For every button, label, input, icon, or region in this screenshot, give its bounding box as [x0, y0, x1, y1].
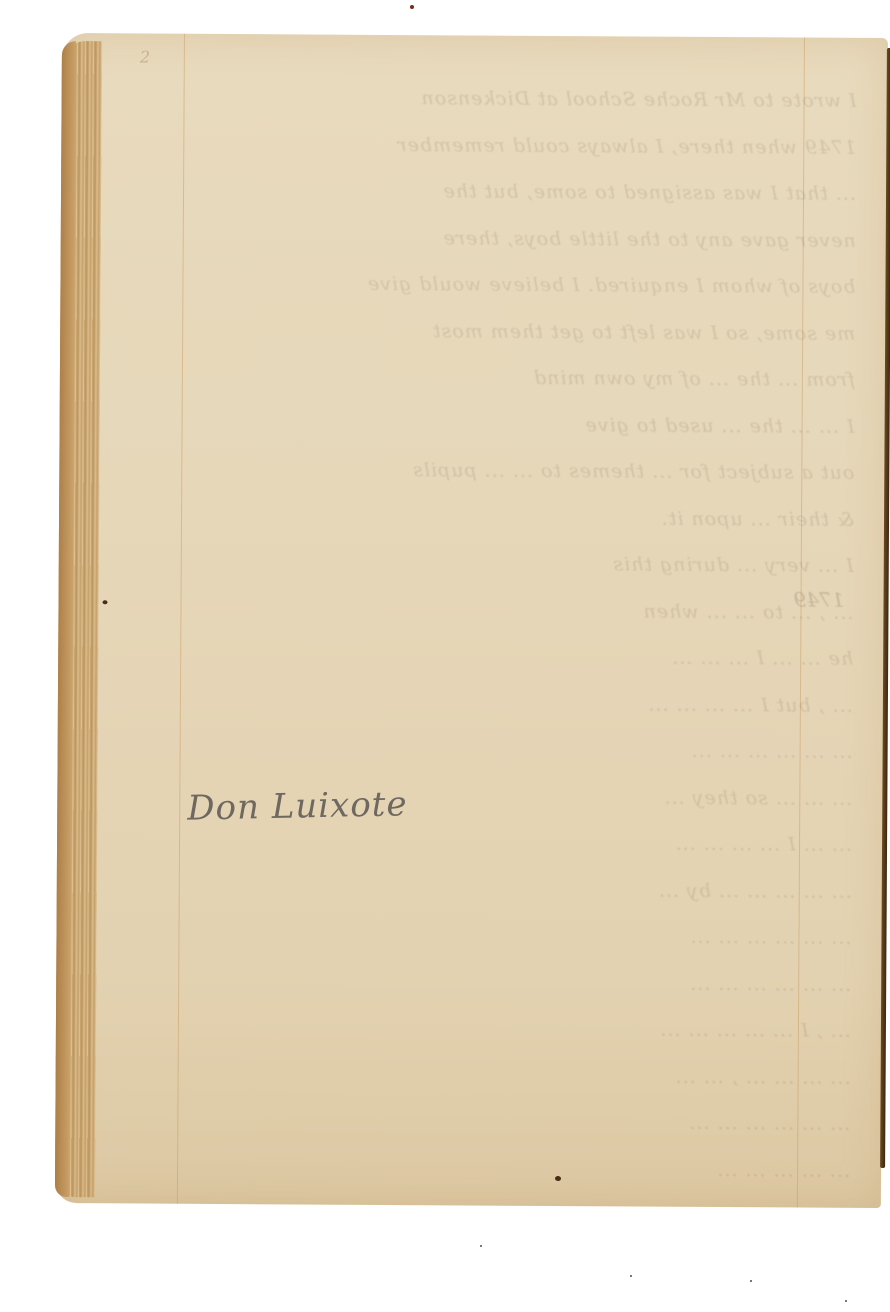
margin-year-bleed-through: 1749: [793, 587, 844, 611]
folio-mark: 2: [140, 47, 150, 66]
bleed-line: ... ... ... ... ... ...: [162, 725, 852, 776]
bleed-line: me some, so I was left to get them most: [165, 306, 855, 357]
manuscript-page: 2 I wrote to Mr Roche School at Dickenso…: [55, 33, 888, 1208]
bleed-line: ... ... ... ... ... ...: [160, 1097, 850, 1148]
bleed-line: ... , but I ... ... ... ...: [163, 678, 853, 729]
bleed-line: ... ... ... ... ...: [160, 1143, 850, 1194]
page-edge-stack: [55, 41, 102, 1197]
bleed-line: never gave any to the little boys, there: [166, 213, 856, 264]
bleed-through-text: I wrote to Mr Roche School at Dickenson …: [160, 74, 857, 1194]
speck: [630, 1275, 632, 1277]
speck: [480, 1245, 482, 1247]
bleed-line: I ... ... the ... used to give: [164, 399, 854, 450]
bleed-line: ... , I ... ... ... ... ...: [161, 1004, 851, 1055]
bleed-line: out a subject for ... themes to ... ... …: [164, 446, 854, 497]
bleed-line: ... that I was assigned to some, but the: [166, 167, 856, 218]
bleed-line: ... ... ... ... ... ...: [161, 911, 851, 962]
ink-spot: [103, 600, 108, 604]
speck: [845, 1300, 847, 1302]
speck: [410, 5, 414, 9]
bleed-line: I ... very ... during this: [164, 539, 854, 590]
speck: [750, 1280, 752, 1282]
bleed-line: ... ... ... ... ... by ...: [162, 864, 852, 915]
bleed-line: ... ... ... ... ... ...: [161, 957, 851, 1008]
bleed-line: from ... the ... of my own mind: [165, 353, 855, 404]
bleed-line: 1749 when there, I always could remember: [166, 120, 856, 171]
ink-spot: [555, 1176, 561, 1181]
bleed-line: ... ... ... ... , ... ...: [161, 1050, 851, 1101]
bleed-line: boys of whom I enquired. I believe would…: [165, 260, 855, 311]
bleed-line: I wrote to Mr Roche School at Dickenson: [166, 74, 856, 125]
pencil-annotation: Don Luixote: [187, 784, 408, 828]
book-spine-edge: [880, 48, 890, 1168]
bleed-line: ... , ... to ... ... when: [163, 585, 853, 636]
bleed-line: he ... ... I ... ... ...: [163, 632, 853, 683]
bleed-line: & their ... upon it.: [164, 492, 854, 543]
